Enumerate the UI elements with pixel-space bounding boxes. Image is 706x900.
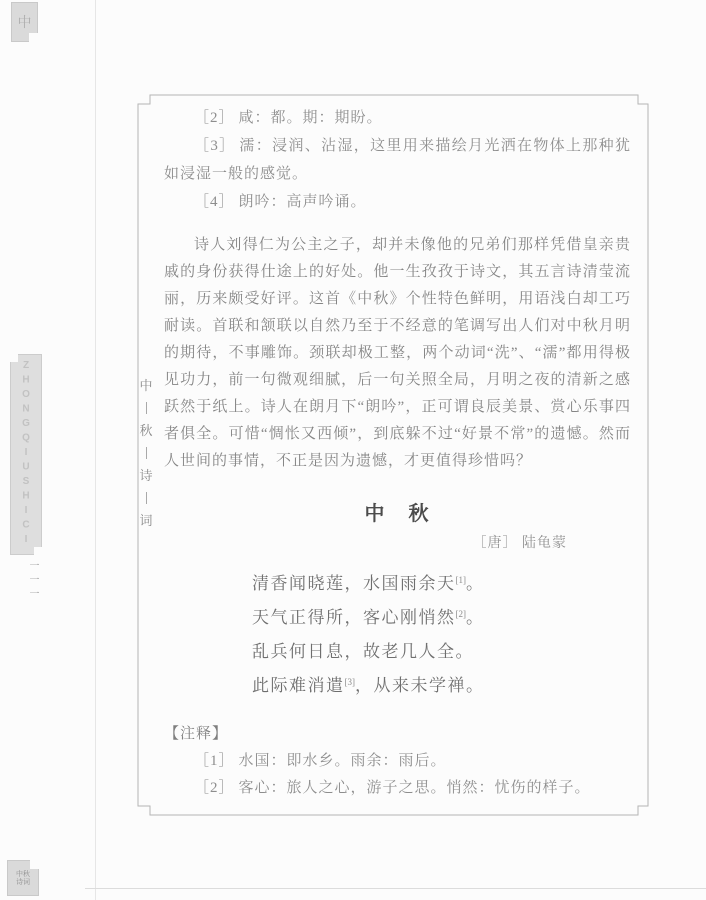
poem-line-text: 清香闻晓莲，水国雨余天 [252,574,456,593]
annotation-header: 【注释】 [164,721,631,748]
annotation-ref: ［2］ [194,780,235,796]
page-content: ［2］咸：都。期：期盼。 ［3］濡：浸润、沾湿，这里用来描绘月光洒在物体上那种犹… [164,104,631,802]
spine-bottom-tab-text: 中秋诗词 [15,870,31,886]
side-title-char: 词 [139,513,152,528]
commentary-paragraph: 诗人刘得仁为公主之子，却并未像他的兄弟们那样凭借皇亲贵戚的身份获得仕途上的好处。… [164,232,631,475]
spine-ribbon-text: ZHONGQIUSHICI [21,360,32,549]
poem-line: 清香闻晓莲，水国雨余天[1]。 [252,565,631,599]
side-book-title: 中 秋 诗 词 [136,378,156,528]
spine-top-tab-char: 中 [18,12,32,32]
annotation-ref: ［1］ [194,753,235,769]
spine-bottom-tab: 中秋诗词 [7,860,39,896]
poem-line: 天气正得所，客心刚悄然[2]。 [252,599,631,633]
note-text: 朗吟：高声吟诵。 [239,194,367,210]
side-title-divider [146,492,147,504]
poem-line-text: 。 [466,574,485,593]
poem-line-text: 乱兵何日息，故老几人全。 [252,642,474,661]
annotation-text: 水国：即水乡。雨余：雨后。 [239,753,447,769]
poem-body: 清香闻晓莲，水国雨余天[1]。 天气正得所，客心刚悄然[2]。 乱兵何日息，故老… [164,565,631,701]
poem-line: 此际难消遣[3]，从来未学禅。 [252,667,631,701]
side-title-divider [146,402,147,414]
page-number-marker: 一一一 [25,560,40,602]
page-edge-line [85,888,706,889]
poem-line-text: 此际难消遣 [252,676,345,695]
spine-ribbon: ZHONGQIUSHICI [10,354,42,555]
page-background: { "sidebar": { "top_tab_char": "中", "rib… [0,0,706,900]
side-title-char: 秋 [139,423,152,438]
poem-line: 乱兵何日息，故老几人全。 [252,633,631,667]
annotation-item: ［2］客心：旅人之心，游子之思。悄然：忧伤的样子。 [164,775,631,802]
note-ref: ［2］ [194,110,235,126]
poem-title: 中 秋 [164,501,631,527]
side-title-divider [146,447,147,459]
poem-footnote-ref: [3] [345,677,356,687]
side-title-char: 中 [139,378,152,393]
poem-footnote-ref: [2] [456,609,467,619]
note-item: ［3］濡：浸润、沾湿，这里用来描绘月光洒在物体上那种犹如浸湿一般的感觉。 [164,132,631,188]
poem-line-text: 。 [466,608,485,627]
note-text: 咸：都。期：期盼。 [239,110,383,126]
note-ref: ［4］ [194,194,235,210]
poem-author: ［唐］ 陆龟蒙 [164,533,631,555]
spine-top-tab: 中 [11,2,38,42]
note-ref: ［3］ [194,138,235,154]
poem-line-text: ，从来未学禅。 [355,676,485,695]
annotation-item: ［1］水国：即水乡。雨余：雨后。 [164,748,631,775]
annotation-text: 客心：旅人之心，游子之思。悄然：忧伤的样子。 [239,780,591,796]
note-item: ［4］朗吟：高声吟诵。 [164,188,631,216]
poem-line-text: 天气正得所，客心刚悄然 [252,608,456,627]
note-item: ［2］咸：都。期：期盼。 [164,104,631,132]
poem-footnote-ref: [1] [456,575,467,585]
page-gutter-line [95,0,96,900]
side-title-char: 诗 [139,468,152,483]
